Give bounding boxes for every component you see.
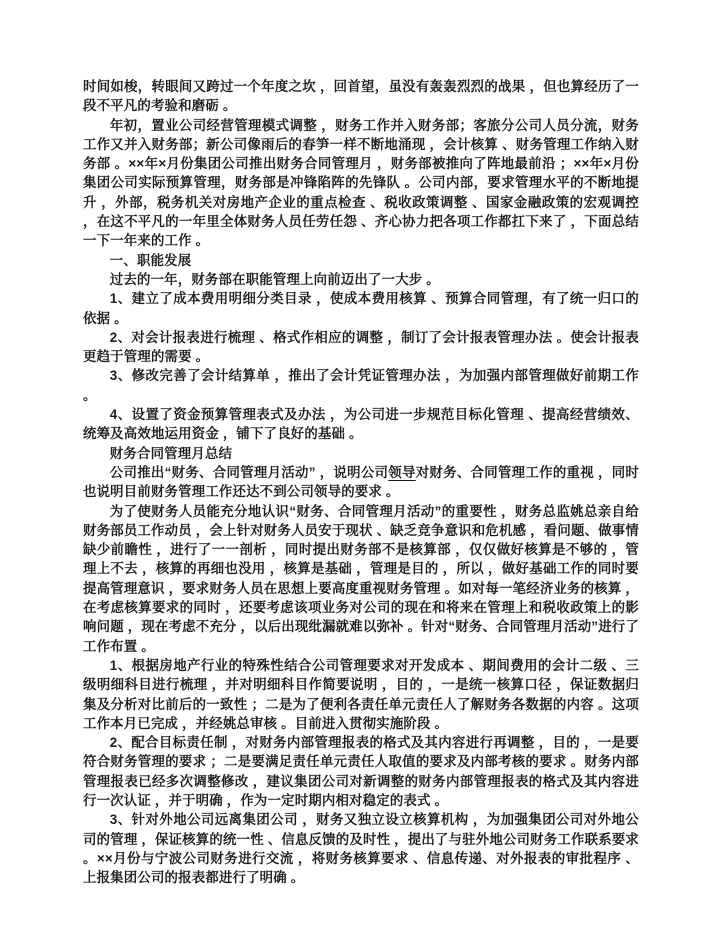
task-item-3: 3、针对外地公司远离集团公司 ，财务又独立设立核算机构 ，为加强集团公司对外地公… (83, 810, 639, 887)
paragraph-year-review: 年初，置业公司经营管理模式调整 ，财务工作并入财务部；客旅分公司人员分流，财务工… (83, 116, 639, 251)
paragraph-activity-launch: 公司推出“财务、合同管理月活动” ，说明公司领导对财务、合同管理工作的重视 ，同… (83, 463, 639, 502)
list-item-1: 1、建立了成本费用明细分类目录 ，使成本费用核算 、预算合同管理，有了统一归口的… (83, 289, 639, 328)
paragraph-intro: 时间如梭，转眼间又跨过一个年度之坎 ，回首望，虽没有轰轰烈烈的战果 ，但也算经历… (83, 77, 639, 116)
work-summary-document: 时间如梭，转眼间又跨过一个年度之坎 ，回首望，虽没有轰轰烈烈的战果 ，但也算经历… (83, 77, 639, 887)
list-item-3: 3、修改完善了会计结算单 ，推出了会计凭证管理办法 ，为加强内部管理做好前期工作… (83, 366, 639, 405)
paragraph-mobilization: 为了使财务人员能充分地认识“财务、合同管理月活动”的重要性 ，财务总监姚总亲自给… (83, 502, 639, 656)
section-heading-functions: 一、职能发展 (83, 251, 639, 270)
launch-text-before: 公司推出“财务、合同管理月活动” ，说明公司 (110, 465, 388, 480)
task-item-1: 1、根据房地产行业的特殊性结合公司管理要求对开发成本 、期间费用的会计二级 、三… (83, 656, 639, 733)
underlined-term-leaders: 领导 (388, 465, 415, 480)
paragraph-section1-lead: 过去的一年，财务部在职能管理上向前迈出了一大步 。 (83, 270, 639, 289)
list-item-2: 2、对会计报表进行梳理 、格式作相应的调整 ，制订了会计报表管理办法 。使会计报… (83, 328, 639, 367)
task-item-2: 2、配合目标责任制 ，对财务内部管理报表的格式及其内容进行再调整 ，目的 ，一是… (83, 733, 639, 810)
subheading-contract-month-summary: 财务合同管理月总结 (83, 444, 639, 463)
list-item-4: 4、设置了资金预算管理表式及办法 ，为公司进一步规范目标化管理 、提高经营绩效、… (83, 405, 639, 444)
